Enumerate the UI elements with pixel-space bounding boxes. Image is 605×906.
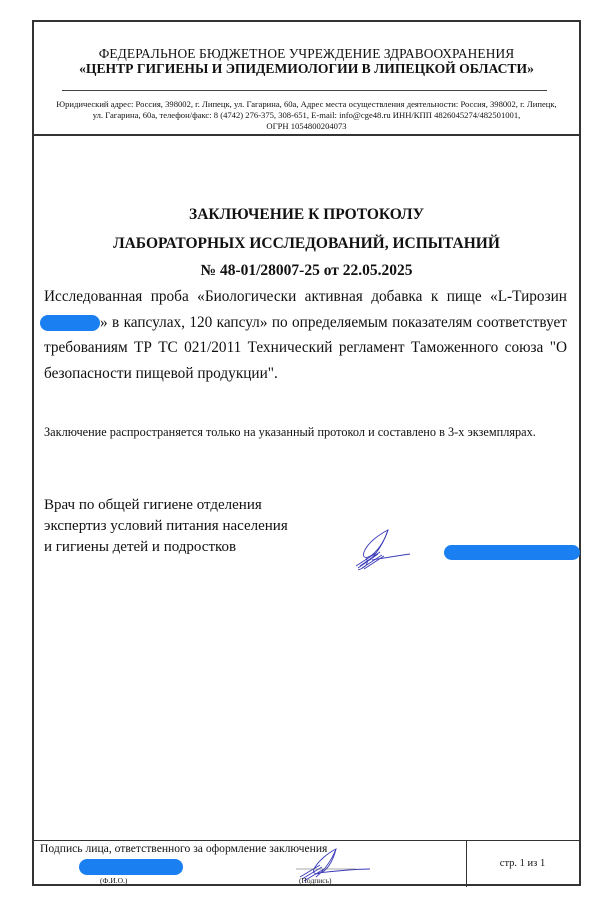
org-name-line1: ФЕДЕРАЛЬНОЕ БЮДЖЕТНОЕ УЧРЕЖДЕНИЕ ЗДРАВОО… — [34, 46, 579, 62]
redaction-mark — [40, 315, 100, 331]
signature-caption: (Подпись) — [299, 876, 332, 885]
responsible-person-label: Подпись лица, ответственного за оформлен… — [40, 842, 327, 855]
document-frame: ФЕДЕРАЛЬНОЕ БЮДЖЕТНОЕ УЧРЕЖДЕНИЕ ЗДРАВОО… — [32, 20, 581, 886]
signer-line1: Врач по общей гигиене отделения — [44, 495, 288, 516]
signature-icon — [350, 528, 420, 572]
org-name-line2: «ЦЕНТР ГИГИЕНЫ И ЭПИДЕМИОЛОГИИ В ЛИПЕЦКО… — [34, 61, 579, 77]
address-divider — [34, 134, 579, 136]
conclusion-text-part2: » в капсулах, 120 капсул» по определяемы… — [44, 314, 567, 382]
responsible-name-redaction — [79, 859, 183, 875]
signer-name-redaction — [444, 545, 580, 560]
doc-number: № 48-01/28007-25 от 22.05.2025 — [34, 262, 579, 280]
conclusion-text-part1: Исследованная проба «Биологически активн… — [44, 288, 567, 305]
doc-title-line2: ЛАБОРАТОРНЫХ ИССЛЕДОВАНИЙ, ИСПЫТАНИЙ — [34, 235, 579, 253]
scope-note: Заключение распространяется только на ук… — [44, 422, 557, 442]
address-line3: ОГРН 1054800204073 — [38, 121, 575, 132]
signer-title: Врач по общей гигиене отделения эксперти… — [44, 495, 288, 558]
signer-line3: и гигиены детей и подростков — [44, 537, 288, 558]
fio-caption: (Ф.И.О.) — [100, 876, 127, 885]
signer-line2: экспертиз условий питания населения — [44, 516, 288, 537]
page-number: стр. 1 из 1 — [466, 858, 579, 869]
conclusion-text: Исследованная проба «Биологически активн… — [44, 284, 567, 386]
address-line1: Юридический адрес: Россия, 398002, г. Ли… — [38, 99, 575, 110]
header-divider — [62, 90, 547, 91]
org-address: Юридический адрес: Россия, 398002, г. Ли… — [38, 99, 575, 132]
address-line2: ул. Гагарина, 60а, телефон/факс: 8 (4742… — [38, 110, 575, 121]
footer-table: Подпись лица, ответственного за оформлен… — [34, 840, 579, 887]
doc-title-line1: ЗАКЛЮЧЕНИЕ К ПРОТОКОЛУ — [34, 206, 579, 224]
